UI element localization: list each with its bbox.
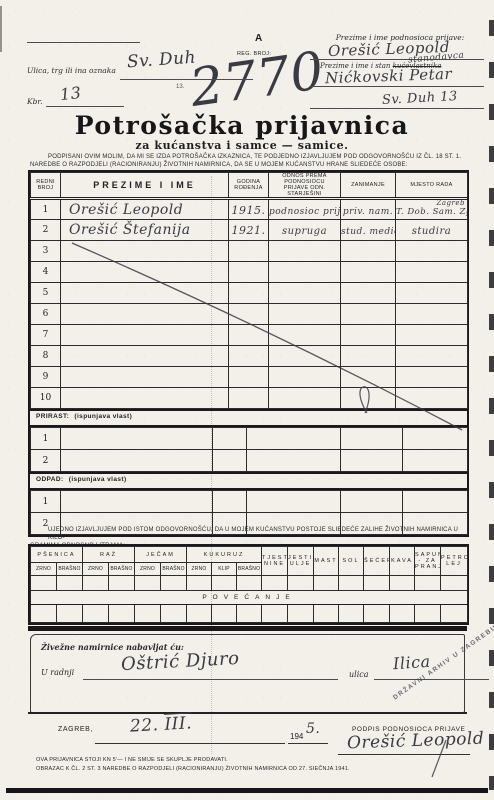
person-row-9: 9 <box>31 367 468 388</box>
purchase-heading: Živežne namirnice nabavljat ću: <box>41 642 184 652</box>
date-month: III. <box>164 713 193 734</box>
col-mjesto-rada: MJESTO RADA <box>396 173 468 199</box>
row-number: 10 <box>31 388 61 409</box>
person-row-1: 1 Orešić Leopold 1915. podnosioc prijave… <box>31 199 468 220</box>
sub-zrno: ZRNO <box>31 563 57 576</box>
footer-line-2: OBRAZAC K ČL. 2 ST. 3 NAREDBE O RAZPODJE… <box>36 766 350 772</box>
kbr-label: Kbr. <box>27 97 43 106</box>
person-row-8: 8 <box>31 346 468 367</box>
landlord-name-handwritten: Nićkovski Petar <box>325 65 453 87</box>
sub-zrno: ZRNO <box>187 563 212 576</box>
person-row-4: 4 <box>31 262 468 283</box>
sub-brasno: BRAŠNO <box>161 563 187 576</box>
street-line-2 <box>374 679 489 680</box>
col-jestivo-ulje: JESTIVO ULJE <box>288 547 314 576</box>
intro-paragraph: PODPISANI OVIM MOLIM, DA MI SE IZDA POTR… <box>30 153 467 169</box>
person-workplace-handwritten: studira <box>412 226 451 237</box>
street-value-2-handwritten: Ilica <box>392 652 431 674</box>
supplies-empty-row-1 <box>31 576 468 591</box>
supplies-empty-row-2 <box>31 605 468 623</box>
signature-handwritten: Orešić Leopold <box>347 729 485 754</box>
sub-brasno: BRAŠNO <box>109 563 135 576</box>
year-printed: 194 <box>290 732 303 741</box>
odpad-band: ODPAD: (ispunjava vlast) <box>30 472 467 490</box>
kbr-value-handwritten: 13 <box>59 83 82 104</box>
col-kukuruz: KUKURUZ <box>187 547 262 563</box>
person-row-7: 7 <box>31 325 468 346</box>
shop-label: U radnji <box>41 668 74 677</box>
col-kava: KAVA <box>390 547 415 576</box>
povecanje-label: POVEĆANJE <box>31 591 468 605</box>
street-small-note: 13. <box>176 84 184 90</box>
col-prezime-ime: PREZIME I IME <box>61 173 229 199</box>
supplies-table: PŠENICA RAŽ JEČAM KUKURUZ TJESTE- NINE J… <box>30 546 468 623</box>
landlord-line <box>310 86 484 87</box>
row-number: 9 <box>31 367 61 388</box>
prirast-row-1: 1 <box>31 428 468 450</box>
col-sol: SOL <box>339 547 364 576</box>
person-row-6: 6 <box>31 304 468 325</box>
row-number: 1 <box>31 491 61 513</box>
prirast-table: 1 2 <box>30 427 468 472</box>
row-number: 5 <box>31 283 61 304</box>
persons-form-box: REDNI BROJ PREZIME I IME GODINA ROĐENJA … <box>28 170 469 537</box>
col-petrolej: PETRO- LEJ <box>441 547 468 576</box>
workplace-note-handwritten: Zagreb <box>437 199 466 207</box>
person-name-handwritten: Orešić Štefanija <box>69 222 191 238</box>
footer-line-1: OVA PRIJAVNICA STOJI KN 5'— I NE SMIJE S… <box>36 757 228 763</box>
person-row-3: 3 <box>31 241 468 262</box>
place-label: ZAGREB, <box>58 726 93 733</box>
section-letter: A <box>255 33 262 44</box>
row-number: 2 <box>31 450 61 472</box>
address-line <box>310 108 484 109</box>
person-name-handwritten: Orešić Leopold <box>69 202 183 218</box>
street-label-2: ulica <box>349 670 369 679</box>
scan-edge-top-left <box>0 6 2 52</box>
street-line <box>120 79 253 80</box>
form-subtitle: za kućanstva i samce — samice. <box>0 139 484 152</box>
row-number: 8 <box>31 346 61 367</box>
date-handwritten: 22. III. <box>130 713 193 736</box>
person-year-handwritten: 1921. <box>232 224 266 237</box>
col-raz: RAŽ <box>83 547 135 563</box>
signature-line <box>338 754 470 755</box>
person-row-5: 5 <box>31 283 468 304</box>
stocks-intro-line-1: UJEDNO IZJAVLJUJEM POD ISTOM ODGOVORNOŠĆ… <box>30 526 467 542</box>
date-line <box>95 743 285 744</box>
povecanje-row: POVEĆANJE <box>31 591 468 605</box>
person-workplace-handwritten: T. Dob. Sam. Zgb. <box>396 207 468 217</box>
col-redni-broj: REDNI BROJ <box>31 173 61 199</box>
row-number: 2 <box>31 220 61 241</box>
col-psenica: PŠENICA <box>31 547 83 563</box>
person-row-10: 10 <box>31 388 468 409</box>
col-zanimanje: ZANIMANJE <box>341 173 396 199</box>
person-occupation-handwritten: stud. medicine <box>341 227 396 237</box>
supplies-group-header: PŠENICA RAŽ JEČAM KUKURUZ TJESTE- NINE J… <box>31 547 468 563</box>
person-row-2: 2 Orešić Štefanija 1921. supruga stud. m… <box>31 220 468 241</box>
row-number: 3 <box>31 241 61 262</box>
col-tjestenine: TJESTE- NINE <box>262 547 288 576</box>
kbr-line <box>46 106 124 107</box>
prirast-band: PRIRAST: (ispunjava vlast) <box>30 409 467 427</box>
sub-zrno: ZRNO <box>83 563 109 576</box>
signing-separator <box>28 712 467 714</box>
col-jecam: JEČAM <box>135 547 187 563</box>
persons-header-row: REDNI BROJ PREZIME I IME GODINA ROĐENJA … <box>31 173 468 199</box>
date-day: 22. <box>130 715 160 736</box>
sub-zrno: ZRNO <box>135 563 161 576</box>
prirast-label: PRIRAST: <box>36 413 69 420</box>
shop-line <box>83 679 338 680</box>
col-odnos: ODNOS PREMA PODNOSIOCU PRIJAVE ODN. STAR… <box>269 173 341 199</box>
row-number: 7 <box>31 325 61 346</box>
person-relation-handwritten: supruga <box>282 226 327 237</box>
scan-edge-right <box>489 20 494 790</box>
odpad-row-1: 1 <box>31 491 468 513</box>
separator-bar <box>28 626 467 631</box>
col-sapun: SAPUN - ZA PRANJE <box>415 547 441 576</box>
supplies-box: PŠENICA RAŽ JEČAM KUKURUZ TJESTE- NINE J… <box>28 544 469 625</box>
row-number: 4 <box>31 262 61 283</box>
odpad-note: (ispunjava vlast) <box>69 476 127 483</box>
person-year-handwritten: 1915. <box>232 204 266 217</box>
reg-number-handwritten: 2770 <box>186 41 327 119</box>
row-number: 1 <box>31 199 61 220</box>
street-value-handwritten: Sv. Duh <box>126 48 196 73</box>
street-label: Ulica, trg ili ina oznaka <box>27 66 116 75</box>
year-line <box>288 743 328 744</box>
prirast-row-2: 2 <box>31 450 468 472</box>
form-title: Potrošačka prijavnica <box>0 111 484 140</box>
col-mast: MAST <box>314 547 339 576</box>
odpad-label: ODPAD: <box>36 476 64 483</box>
intro-line-2: NAREDBE O RAZPODJELI (RACIONIRANJU) ŽIVO… <box>30 161 467 169</box>
year-handwritten: 5. <box>306 721 320 737</box>
scan-bottom-bar <box>6 788 488 793</box>
purchase-box: Živežne namirnice nabavljat ću: U radnji… <box>30 634 465 713</box>
person-relation-handwritten: podnosioc prijave <box>269 207 341 217</box>
row-number: 6 <box>31 304 61 325</box>
row-number: 1 <box>31 428 61 450</box>
col-secer: ŠEĆER <box>364 547 390 576</box>
prirast-note: (ispunjava vlast) <box>74 413 132 420</box>
sub-klip: KLIP <box>212 563 237 576</box>
person-occupation-handwritten: priv. nam. <box>343 207 393 217</box>
blank-line-top <box>27 42 140 43</box>
sub-brasno: BRAŠNO <box>57 563 83 576</box>
sub-brasno: BRAŠNO <box>237 563 262 576</box>
persons-table: REDNI BROJ PREZIME I IME GODINA ROĐENJA … <box>30 172 468 409</box>
intro-line-1: PODPISANI OVIM MOLIM, DA MI SE IZDA POTR… <box>30 153 467 161</box>
landlord-address-handwritten: Sv. Duh 13 <box>382 89 459 108</box>
col-godina: GODINA ROĐENJA <box>229 173 269 199</box>
scanned-form-page: A REG. BROJ: 2770 Prezime i ime podnosio… <box>0 0 494 800</box>
